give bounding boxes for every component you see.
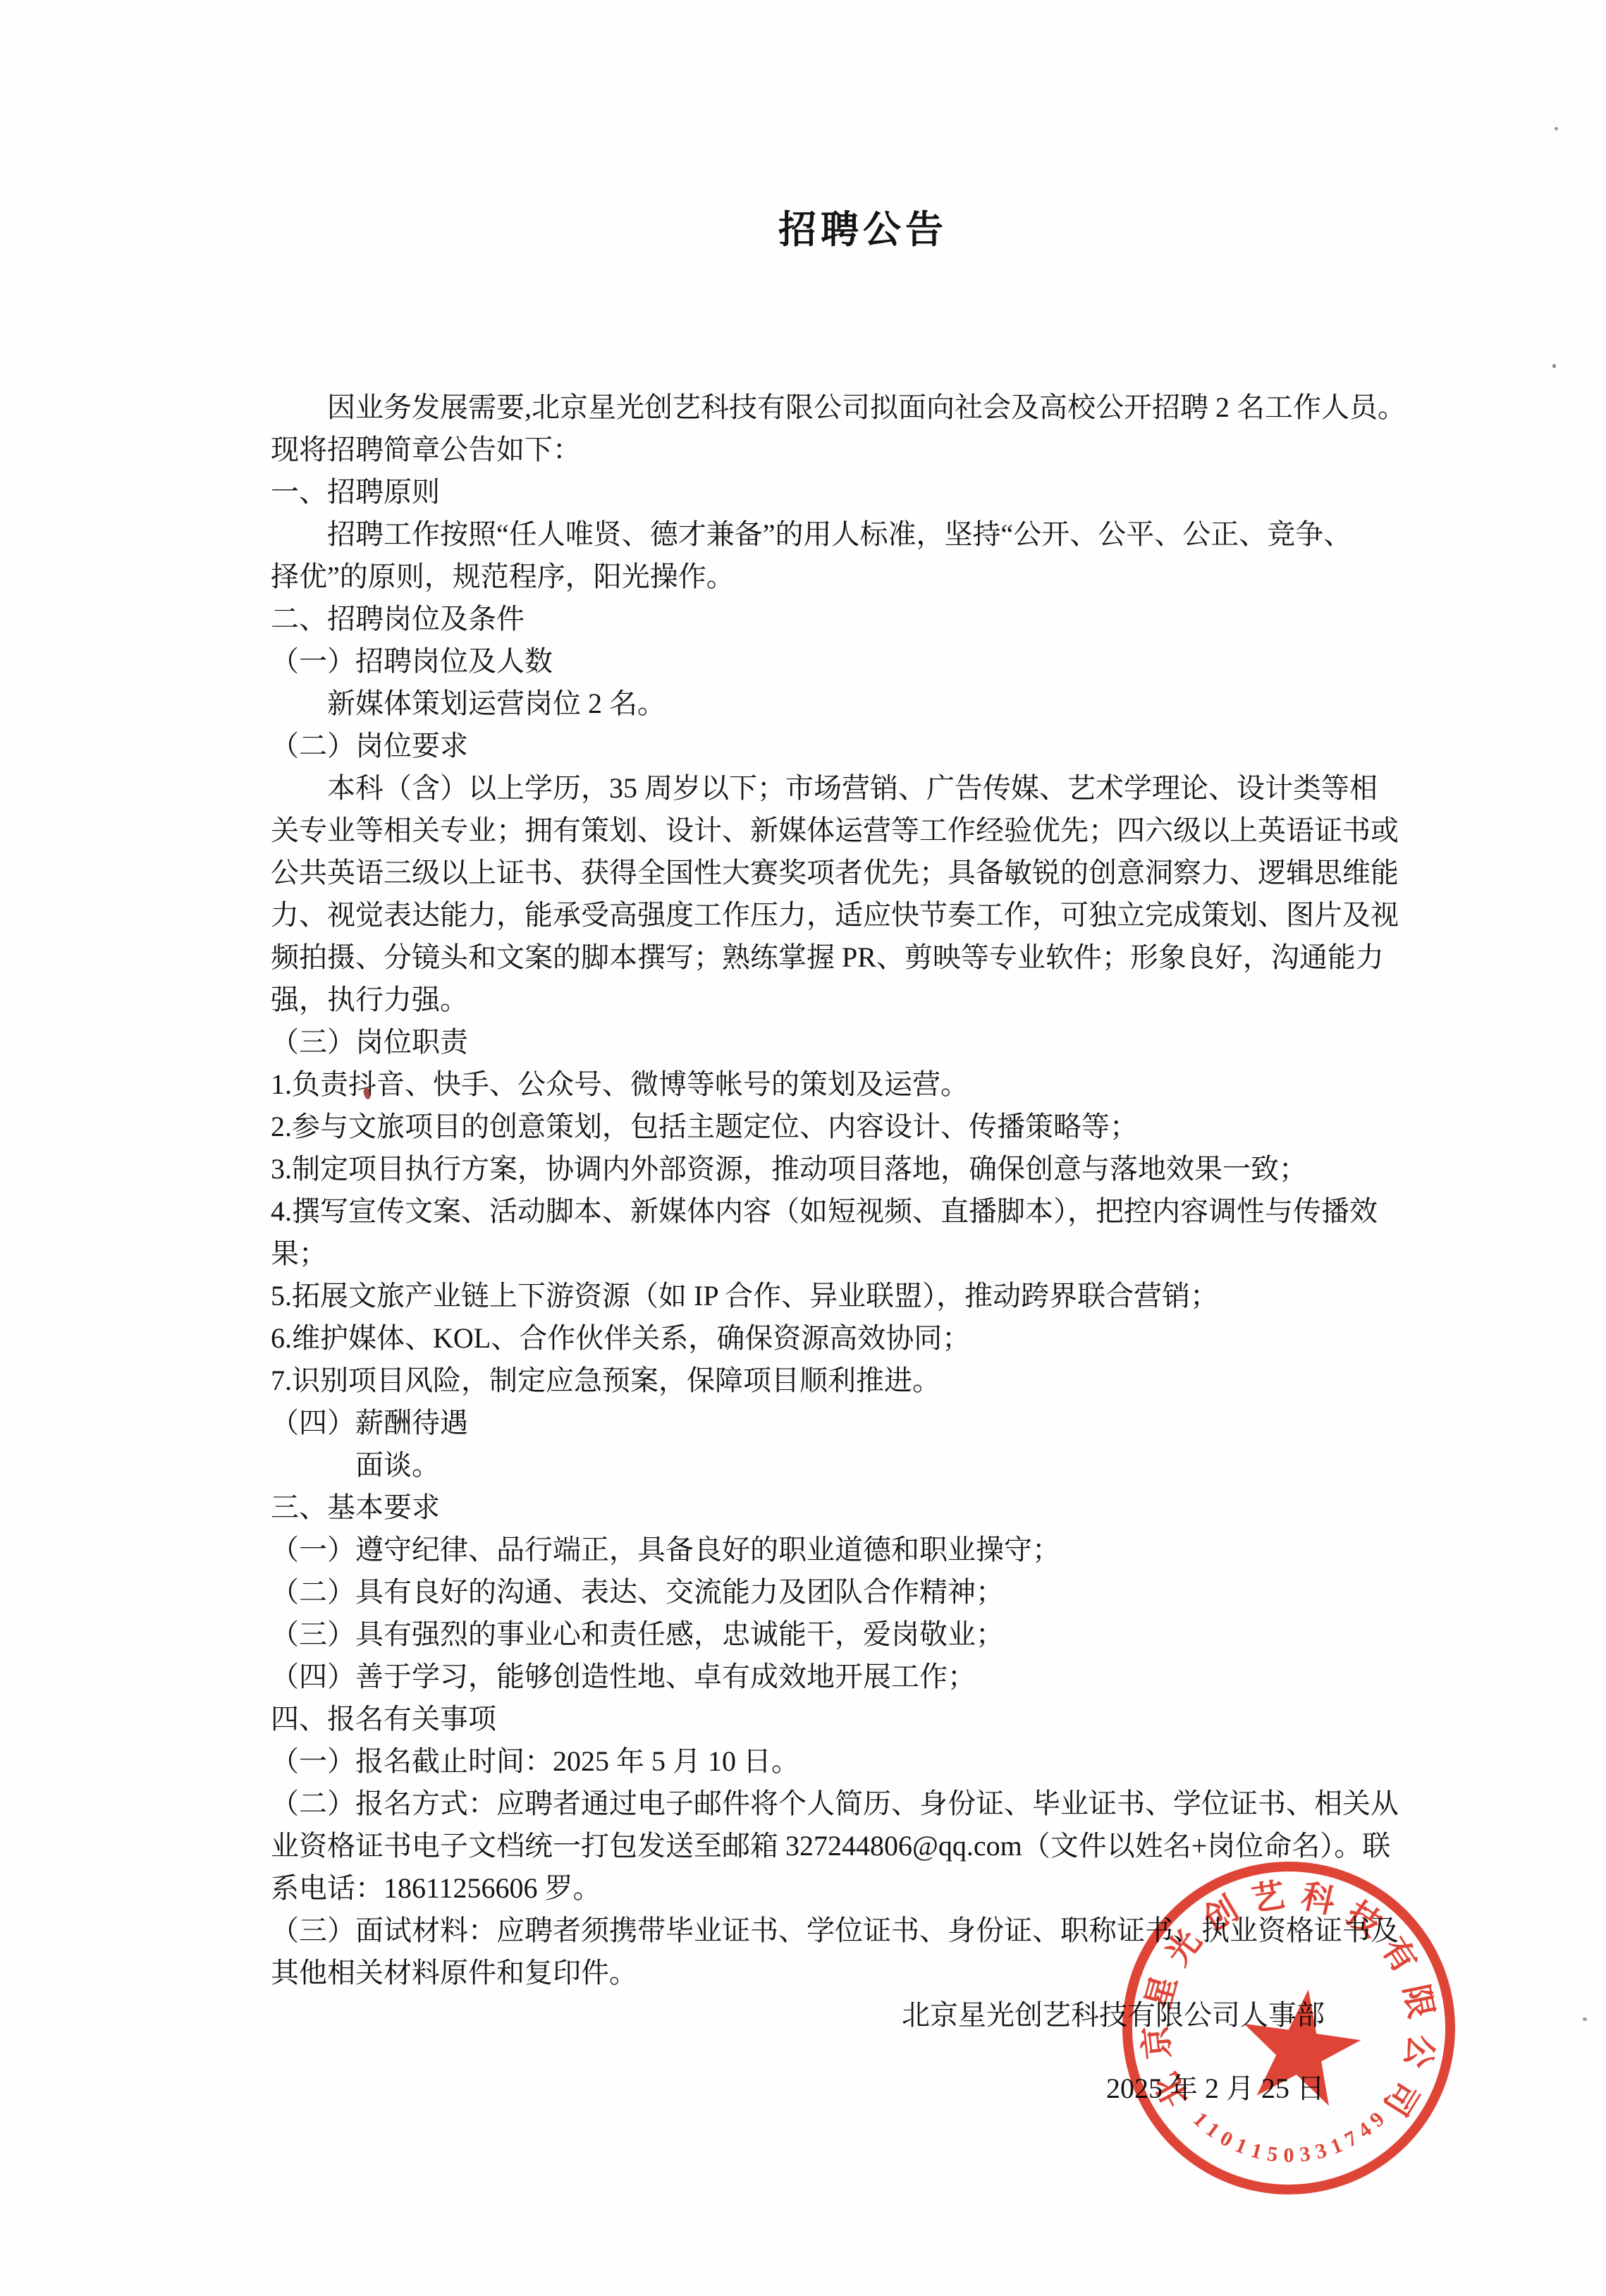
document-line: （一）招聘岗位及人数 [271, 640, 1399, 683]
document-line: 现将招聘简章公告如下： [271, 429, 1399, 471]
document-line: 2.参与文旅项目的创意策划，包括主题定位、内容设计、传播策略等； [271, 1106, 1399, 1148]
scan-speck [1583, 2017, 1587, 2021]
svg-text:3: 3 [1313, 2139, 1329, 2164]
svg-text:3: 3 [1298, 2142, 1311, 2167]
document-title: 招聘公告 [299, 207, 1427, 252]
document-line: 一、招聘原则 [271, 471, 1399, 513]
seal-company-arc: 北京星光创艺科技有限公司 [1125, 1857, 1459, 2150]
scan-speck [1555, 127, 1558, 130]
document-line: （四）薪酬待遇 [271, 1402, 1399, 1444]
svg-text:公: 公 [1397, 2032, 1439, 2070]
document-line: （二）具有良好的沟通、表达、交流能力及团队合作精神； [271, 1571, 1399, 1613]
scan-speck [1552, 364, 1556, 368]
svg-text:技: 技 [1340, 1895, 1387, 1945]
svg-text:星: 星 [1140, 1972, 1184, 2013]
document-line: 频拍摄、分镜头和文案的脚本撰写；熟练掌握 PR、剪映等专业软件；形象良好，沟通能… [271, 936, 1399, 979]
document-line: 四、报名有关事项 [271, 1698, 1399, 1740]
svg-text:北: 北 [1148, 2067, 1196, 2113]
svg-text:艺: 艺 [1249, 1877, 1287, 1919]
document-line: 招聘工作按照“任人唯贤、德才兼备”的用人标准，坚持“公开、公平、公正、竞争、 [271, 513, 1399, 556]
document-line: 6.维护媒体、KOL、合作伙伴关系，确保资源高效协同； [271, 1317, 1399, 1360]
document-line: （一）报名截止时间：2025 年 5 月 10 日。 [271, 1740, 1399, 1783]
svg-text:科: 科 [1298, 1878, 1338, 1921]
svg-text:光: 光 [1160, 1924, 1209, 1972]
document-line: 3.制定项目执行方案，协调内外部资源，推动项目落地，确保创意与落地效果一致； [271, 1148, 1399, 1190]
document-line: 新媒体策划运营岗位 2 名。 [271, 683, 1399, 725]
document-line: 面谈。 [271, 1444, 1399, 1486]
company-seal: 北京星光创艺科技有限公司 1101150331749 [1099, 1838, 1478, 2218]
document-line: （一）遵守纪律、品行端正，具备良好的职业道德和职业操守； [271, 1529, 1399, 1571]
document-line: （三）岗位职责 [271, 1021, 1399, 1063]
svg-text:1: 1 [1327, 2133, 1345, 2158]
document-line: 7.识别项目风险，制定应急预案，保障项目顺利推进。 [271, 1360, 1399, 1402]
svg-text:1: 1 [1249, 2139, 1265, 2164]
document-line: 公共英语三级以上证书、获得全国性大赛奖项者优先；具备敏锐的创意洞察力、逻辑思维能 [271, 852, 1399, 894]
document-line: 因业务发展需要,北京星光创艺科技有限公司拟面向社会及高校公开招聘 2 名工作人员… [271, 386, 1399, 429]
scanned-document-page: 招聘公告 因业务发展需要,北京星光创艺科技有限公司拟面向社会及高校公开招聘 2 … [0, 0, 1606, 2296]
svg-text:1: 1 [1232, 2133, 1250, 2158]
svg-text:创: 创 [1198, 1891, 1245, 1939]
document-line: 力、视觉表达能力，能承受高强度工作压力，适应快节奏工作，可独立完成策划、图片及视 [271, 894, 1399, 936]
document-line: 关专业等相关专业；拥有策划、设计、新媒体运营等工作经验优先；四六级以上英语证书或 [271, 810, 1399, 852]
document-line: （四）善于学习，能够创造性地、卓有成效地开展工作； [271, 1656, 1399, 1698]
svg-text:0: 0 [1284, 2144, 1294, 2167]
svg-text:京: 京 [1138, 2024, 1178, 2060]
document-line: 择优”的原则，规范程序，阳光操作。 [271, 556, 1399, 598]
document-line: 4.撰写宣传文案、活动脚本、新媒体内容（如短视频、直播脚本），把控内容调性与传播… [271, 1190, 1399, 1233]
document-line: 1.负责抖音、快手、公众号、微博等帐号的策划及运营。 [271, 1063, 1399, 1106]
document-line: 二、招聘岗位及条件 [271, 598, 1399, 640]
document-line: 本科（含）以上学历，35 周岁以下；市场营销、广告传媒、艺术学理论、设计类等相 [271, 767, 1399, 810]
document-line: （三）具有强烈的事业心和责任感，忠诚能干，爱岗敬业； [271, 1613, 1399, 1656]
document-line: 三、基本要求 [271, 1486, 1399, 1529]
document-line: 5.拓展文旅产业链上下游资源（如 IP 合作、异业联盟），推动跨界联合营销； [271, 1275, 1399, 1317]
document-line: （二）报名方式：应聘者通过电子邮件将个人简历、身份证、毕业证书、学位证书、相关从 [271, 1783, 1399, 1825]
svg-text:5: 5 [1265, 2142, 1279, 2167]
svg-text:有: 有 [1374, 1931, 1423, 1979]
svg-text:限: 限 [1397, 1981, 1439, 2022]
svg-text:司: 司 [1376, 2074, 1425, 2121]
seal-star [1234, 1981, 1367, 2109]
document-line: 强，执行力强。 [271, 979, 1399, 1021]
document-line: 果； [271, 1233, 1399, 1275]
document-line: （二）岗位要求 [271, 725, 1399, 767]
